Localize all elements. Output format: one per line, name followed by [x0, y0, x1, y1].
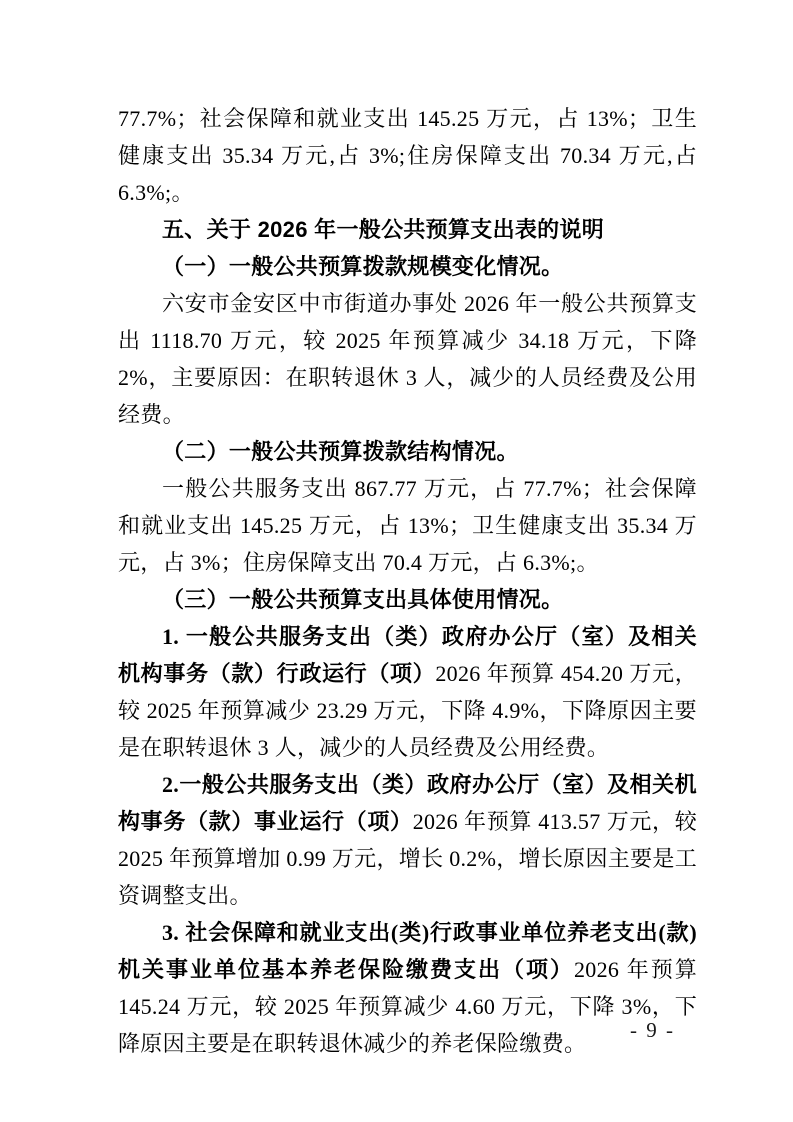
document-body: 77.7%；社会保障和就业支出 145.25 万元，占 13%；卫生健康支出 3…	[118, 100, 697, 1062]
subsection-heading-3: （三）一般公共预算支出具体使用情况。	[118, 581, 697, 618]
paragraph-continuation: 77.7%；社会保障和就业支出 145.25 万元，占 13%；卫生健康支出 3…	[118, 100, 697, 211]
section-heading-5: 五、关于 2026 年一般公共预算支出表的说明	[118, 211, 697, 248]
paragraph-budget-scale: 六安市金安区中市街道办事处 2026 年一般公共预算支出 1118.70 万元，…	[118, 285, 697, 433]
page-number: - 9 -	[0, 1017, 673, 1043]
document-page: 77.7%；社会保障和就业支出 145.25 万元，占 13%；卫生健康支出 3…	[0, 0, 793, 1122]
subsection-heading-1: （一）一般公共预算拨款规模变化情况。	[118, 248, 697, 285]
subsection-heading-2: （二）一般公共预算拨款结构情况。	[118, 433, 697, 470]
paragraph-budget-structure: 一般公共服务支出 867.77 万元，占 77.7%；社会保障和就业支出 145…	[118, 470, 697, 581]
paragraph-item-1: 1. 一般公共服务支出（类）政府办公厅（室）及相关机构事务（款）行政运行（项）2…	[118, 618, 697, 766]
paragraph-item-2: 2.一般公共服务支出（类）政府办公厅（室）及相关机构事务（款）事业运行（项）20…	[118, 766, 697, 914]
